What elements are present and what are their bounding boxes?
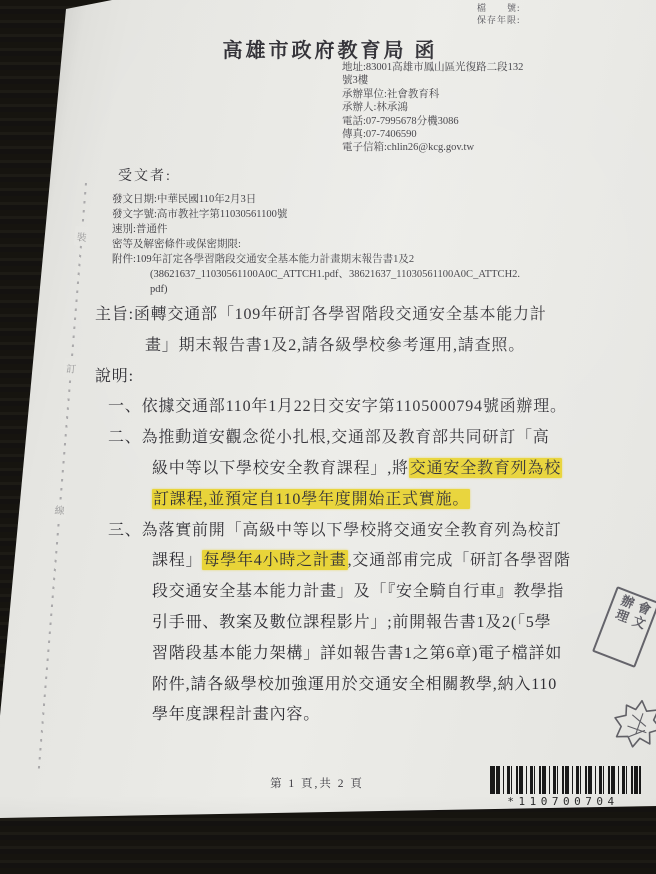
agency-contact-block: 地址:83001高雄市鳳山區光復路二段132號3樓承辦單位:社會教育科承辦人:林… [342,61,523,155]
body-line: 訂課程,並預定自110學年度開始正式實施。 [152,485,656,516]
body-line: 三、為落實前開「高級中等以下學校將交通安全教育列為校訂 [108,516,656,547]
flower-scribble-stamp [610,694,656,772]
barcode-text: *110700704 [488,795,638,808]
body-text: 學年度課程計畫內容。 [152,706,320,723]
retention-label: 保存年限: [477,14,521,26]
body-text: 一、依據交通部110年1月22日交安字第1105000794號函辦理。 [108,398,567,415]
meta-line: 附件:109年訂定各學習階段交通安全基本能力計畫期末報告書1及2 [112,252,656,267]
meta-line: 發文字號:高市教社字第11030561100號 [112,207,656,222]
body-text: 附件,請各級學校加強運用於交通安全相關教學,納入110 [152,676,557,693]
body-line: 課程」每學年4小時之計畫,交通部甫完成「研訂各學習階 [152,546,656,577]
meta-line: 發文日期:中華民國110年2月3日 [112,192,656,207]
contact-line: 承辦單位:社會教育科 [342,88,523,101]
body-text: 二、為推動道安觀念從小扎根,交通部及教育部共同研訂「高 [108,429,550,446]
body-line: 畫」期末報告書1及2,請各級學校參考運用,請查照。 [145,331,656,362]
body-line: 習階段基本能力架構」詳如報告書1之第6章)電子檔詳如 [152,639,656,670]
body-text: 習階段基本能力架構」詳如報告書1之第6章)電子檔詳如 [152,645,562,662]
body-text: 段交通安全基本能力計畫」及「『安全騎自行車』教學指 [152,583,564,600]
file-number-label: 檔 號: [477,2,521,14]
binding-char: 訂 [63,358,78,378]
recipient-label: 受文者: [118,165,172,185]
body-line: 級中等以下學校安全教育課程」,將交通安全教育列為校 [152,454,656,485]
body-line: 二、為推動道安觀念從小扎根,交通部及教育部共同研訂「高 [108,423,656,454]
body-line: 學年度課程計畫內容。 [152,700,656,731]
body-text: 主旨:函轉交通部「109年研訂各學習階段交通安全基本能力計 [95,306,547,323]
contact-line: 承辦人:林承鴻 [342,101,523,114]
highlighted-text: 訂課程,並預定自110學年度開始正式實施。 [152,489,470,509]
highlighted-text: 交通安全教育列為校 [409,458,562,478]
meta-line: 密等及解密條件或保密期限: [112,237,656,252]
meta-line: 速別:普通件 [112,222,656,237]
page-number: 第 1 頁,共 2 頁 [217,775,417,791]
document-title: 高雄市政府教育局 函 [180,34,480,63]
document-page: 檔 號: 保存年限: 高雄市政府教育局 函 地址:83001高雄市鳳山區光復路二… [0,0,656,874]
contact-line: 號3樓 [342,74,523,87]
contact-line: 電子信箱:chlin26@kcg.gov.tw [342,141,523,154]
body-line: 一、依據交通部110年1月22日交安字第1105000794號函辦理。 [108,392,656,423]
binding-char: 裝 [74,226,89,246]
body-text: ,交通部甫完成「研訂各學習階 [348,552,571,569]
dispatch-meta-block: 發文日期:中華民國110年2月3日發文字號:高市教社字第11030561100號… [0,192,656,297]
contact-line: 電話:07-7995678分機3086 [342,115,523,128]
body-text: 畫」期末報告書1及2,請各級學校參考運用,請查照。 [145,337,525,354]
archive-box: 檔 號: 保存年限: [477,2,521,26]
body-text: 引手冊、教案及數位課程影片」;前開報告書1及2(「5學 [152,614,551,631]
meta-line: pdf) [150,282,656,297]
body-text: 說明: [95,368,134,385]
contact-line: 傳真:07-7406590 [342,128,523,141]
meta-line: (38621637_11030561100A0C_ATTCH1.pdf、3862… [150,267,656,282]
body-line: 主旨:函轉交通部「109年研訂各學習階段交通安全基本能力計 [95,300,656,331]
highlighted-text: 每學年4小時之計畫 [202,550,347,570]
photo-of-official-letter: 檔 號: 保存年限: 高雄市政府教育局 函 地址:83001高雄市鳳山區光復路二… [0,0,656,874]
body-text: 課程」 [152,552,202,569]
body-line: 說明: [95,362,656,393]
body-line: 引手冊、教案及數位課程影片」;前開報告書1及2(「5學 [152,608,656,639]
letter-body: 主旨:函轉交通部「109年研訂各學習階段交通安全基本能力計畫」期末報告書1及2,… [0,300,656,731]
body-text: 三、為落實前開「高級中等以下學校將交通安全教育列為校訂 [108,522,562,539]
contact-line: 地址:83001高雄市鳳山區光復路二段132 [342,61,523,74]
binding-char: 線 [52,499,67,519]
body-line: 附件,請各級學校加強運用於交通安全相關教學,納入110 [152,670,656,701]
body-line: 段交通安全基本能力計畫」及「『安全騎自行車』教學指 [152,577,656,608]
body-text: 級中等以下學校安全教育課程」,將 [152,460,409,477]
